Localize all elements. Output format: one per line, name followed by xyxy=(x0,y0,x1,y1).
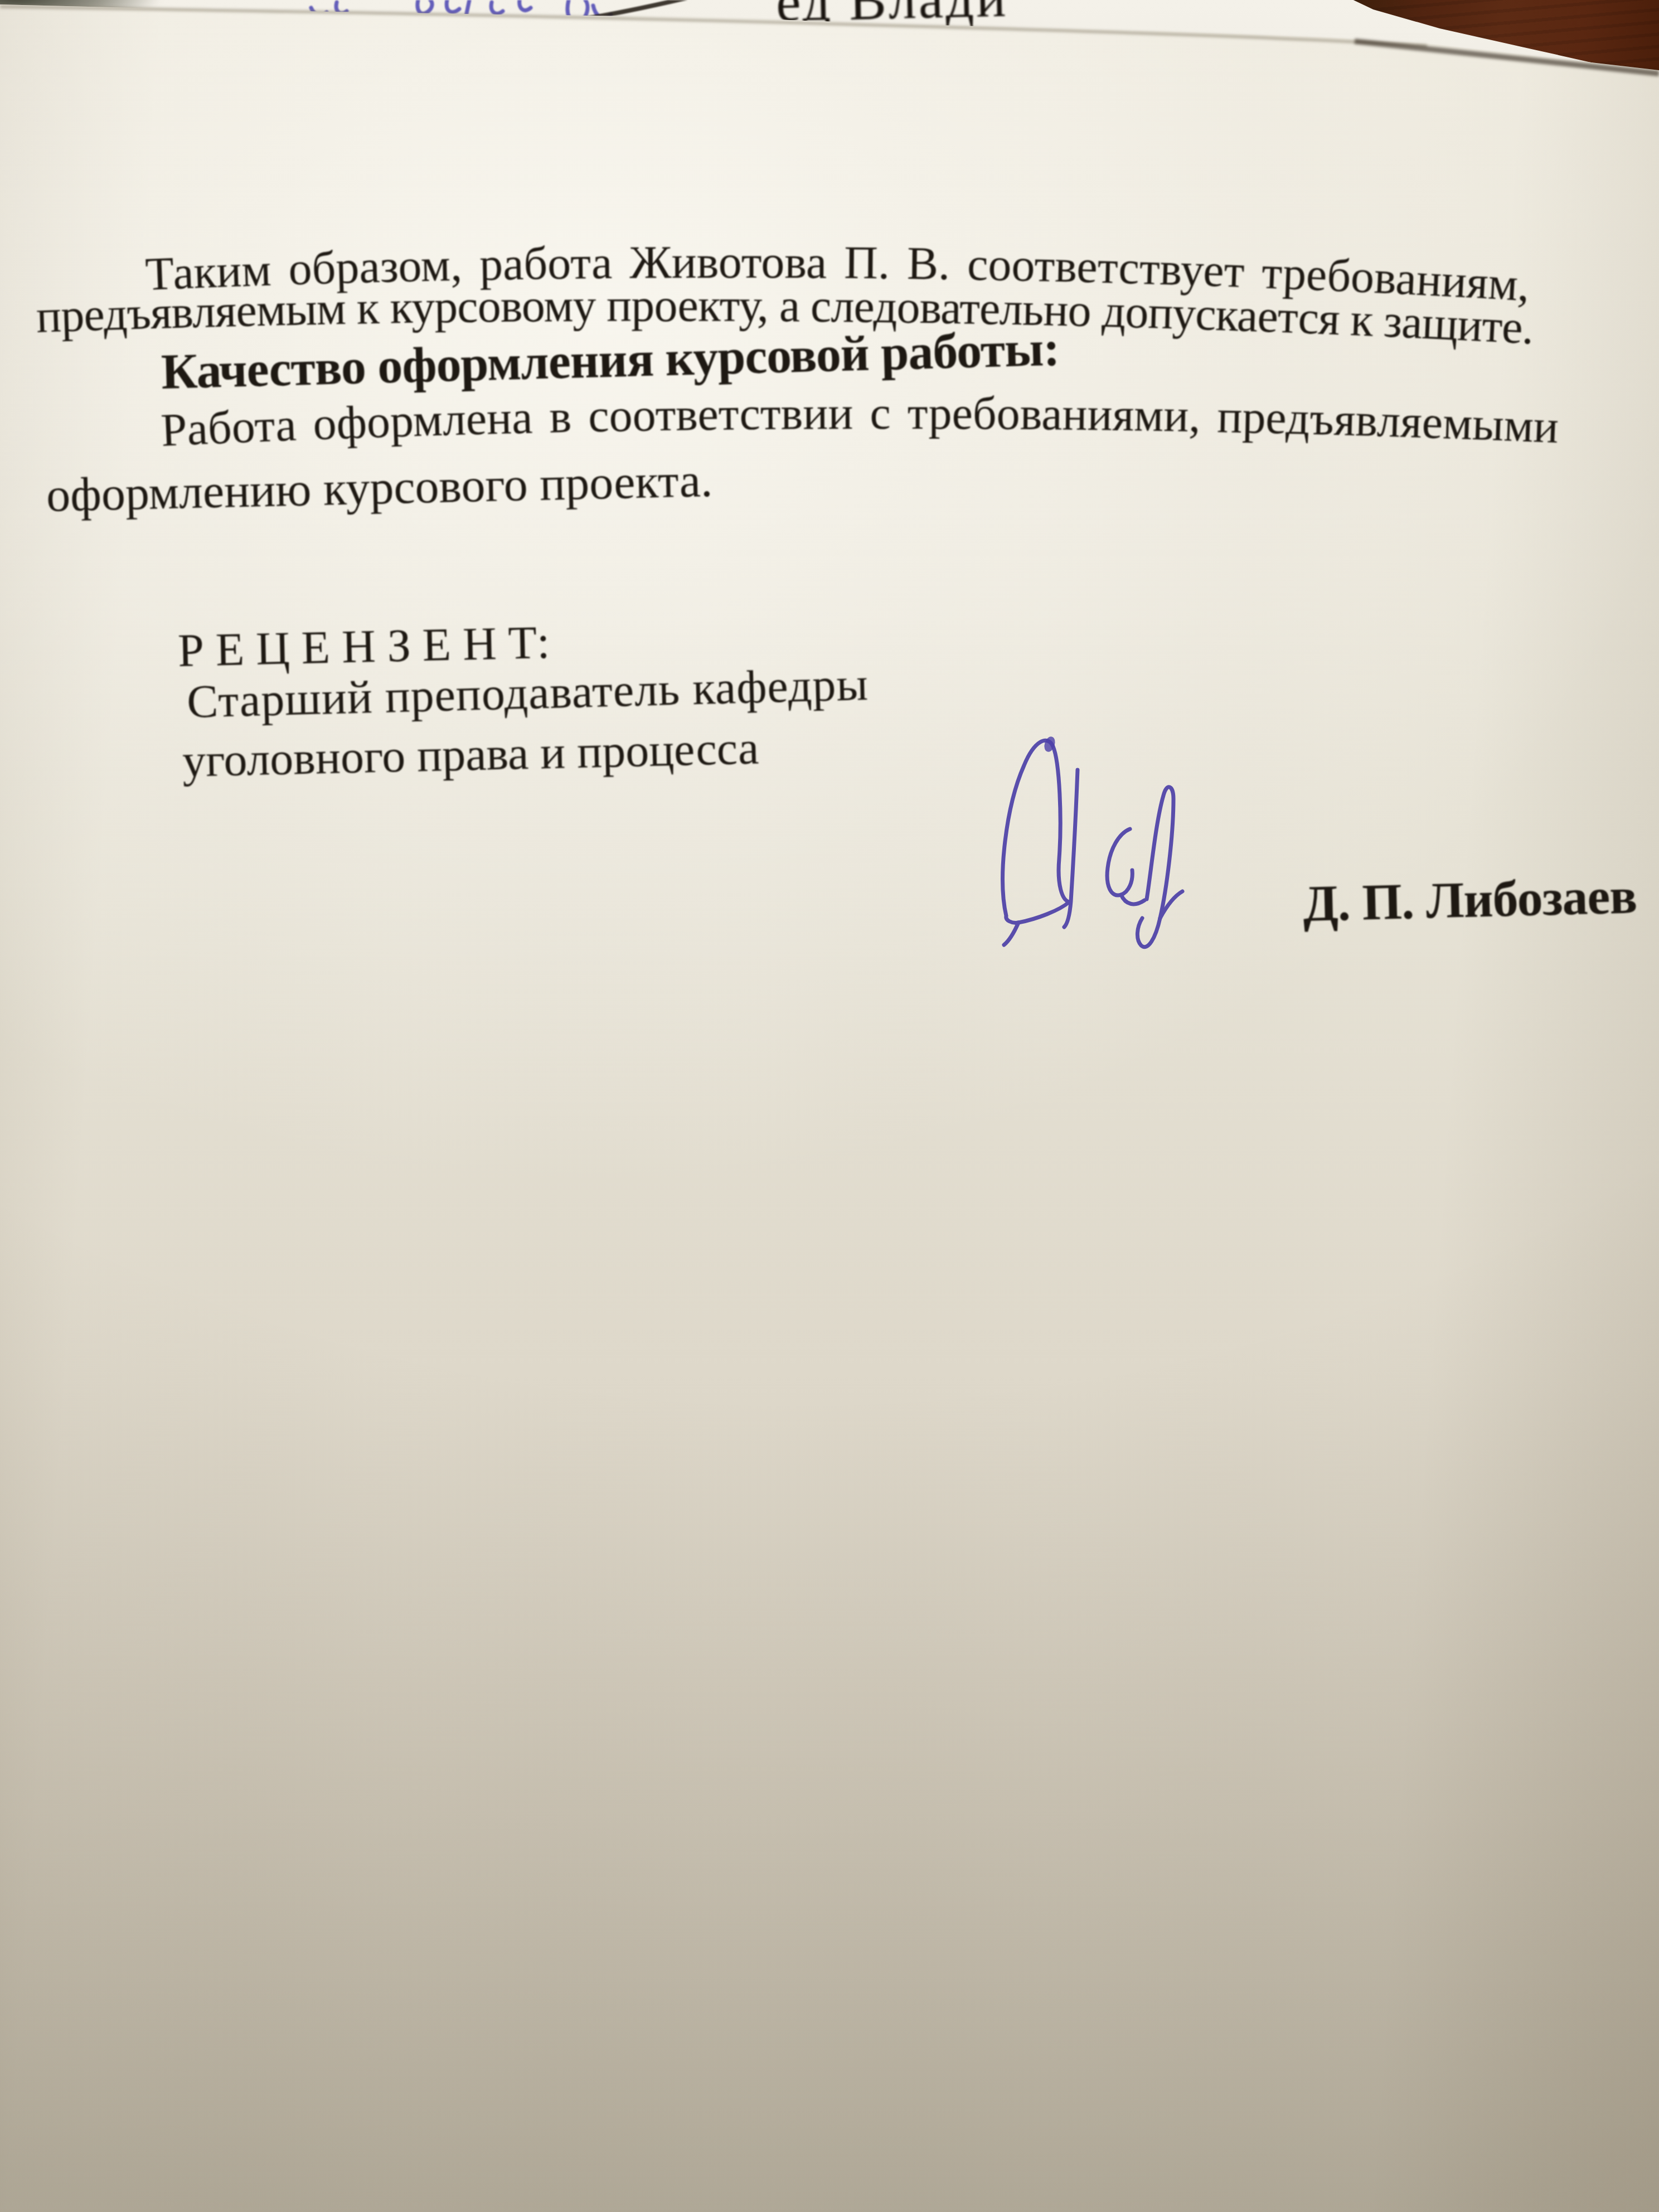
reviewer-signature xyxy=(989,711,1229,1001)
reviewer-name: Д. П. Либозаев xyxy=(1302,866,1637,933)
document-content: Таким образом, работа Животова П. В. соо… xyxy=(0,0,1659,2212)
document-photo: ед Влади xyxy=(0,0,1659,2212)
reviewer-title-line2: уголовного права и процесса xyxy=(182,721,759,788)
